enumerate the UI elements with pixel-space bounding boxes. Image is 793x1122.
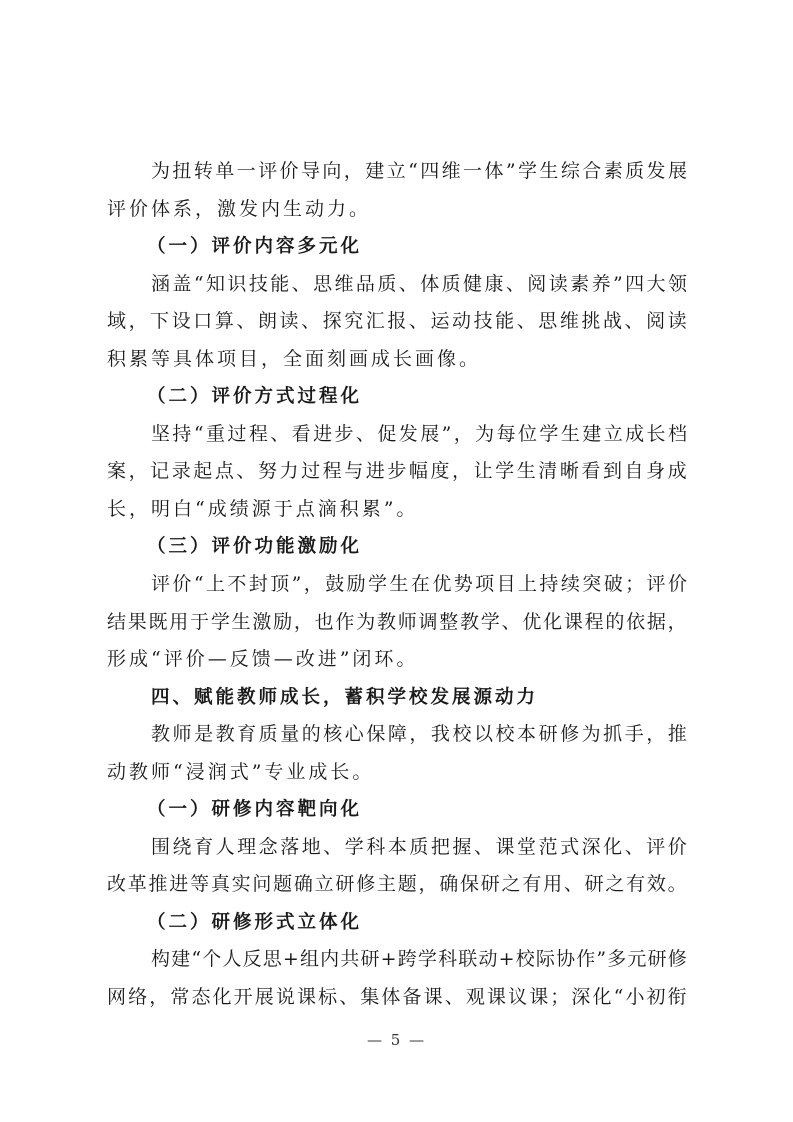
glyph: 导 bbox=[301, 153, 320, 191]
glyph: 落 bbox=[280, 829, 299, 867]
glyph: 构 bbox=[151, 941, 170, 979]
glyph: 议 bbox=[508, 979, 527, 1017]
glyph: 绕 bbox=[173, 829, 192, 867]
glyph: 看 bbox=[581, 453, 600, 491]
glyph: 立 bbox=[315, 866, 334, 904]
glyph: 、 bbox=[409, 303, 428, 341]
glyph: 问 bbox=[252, 866, 271, 904]
glyph: 化 bbox=[213, 979, 232, 1017]
glyph: 修 bbox=[668, 941, 687, 979]
glyph: 、 bbox=[323, 829, 342, 867]
glyph: 励 bbox=[347, 566, 366, 604]
glyph: 励 bbox=[273, 604, 292, 642]
glyph: 价 bbox=[172, 566, 191, 604]
glyph: ” bbox=[442, 416, 452, 454]
glyph: 展 bbox=[255, 979, 274, 1017]
paragraph-line: 评价体系，激发内生动力。 bbox=[107, 191, 687, 229]
glyph: 成 bbox=[668, 453, 687, 491]
glyph: 价 bbox=[668, 566, 687, 604]
glyph: 维 bbox=[560, 303, 579, 341]
glyph: ， bbox=[344, 153, 363, 191]
glyph: 围 bbox=[151, 829, 170, 867]
glyph: 教 bbox=[377, 604, 396, 642]
glyph: 观 bbox=[466, 979, 485, 1017]
glyph: 校 bbox=[452, 716, 471, 754]
glyph: 汇 bbox=[366, 303, 385, 341]
glyph: 质 bbox=[377, 266, 396, 304]
glyph: 大 bbox=[647, 266, 666, 304]
glyph: 程 bbox=[585, 604, 604, 642]
glyph: 起 bbox=[193, 453, 212, 491]
glyph: “ bbox=[614, 979, 624, 1017]
glyph: 、 bbox=[356, 416, 375, 454]
glyph: 、 bbox=[564, 866, 583, 904]
glyph: 价 bbox=[668, 829, 687, 867]
glyph: 动 bbox=[478, 941, 497, 979]
glyph: 研 bbox=[361, 941, 380, 979]
glyph: 展 bbox=[668, 153, 687, 191]
document-page: 为扭转单一评价导向，建立“四维一体”学生综合素质发展 评价体系，激发内生动力。 … bbox=[0, 0, 793, 1122]
glyph: 个 bbox=[202, 941, 221, 979]
glyph: 每 bbox=[497, 416, 516, 454]
glyph: 内 bbox=[320, 941, 339, 979]
glyph: 作 bbox=[335, 604, 354, 642]
glyph: 研 bbox=[481, 866, 500, 904]
glyph: 初 bbox=[647, 979, 666, 1017]
glyph: 抓 bbox=[603, 716, 622, 754]
glyph: 四 bbox=[625, 266, 644, 304]
glyph: 修 bbox=[560, 716, 579, 754]
glyph: 程 bbox=[249, 416, 268, 454]
glyph: 把 bbox=[431, 829, 450, 867]
glyph: 确 bbox=[439, 866, 458, 904]
glyph: 到 bbox=[603, 453, 622, 491]
paragraph-line: 构建“个人反思+组内共研+跨学科联动+校际协作”多元研修 bbox=[107, 941, 687, 979]
glyph: 鼓 bbox=[325, 566, 344, 604]
glyph: 展 bbox=[420, 416, 439, 454]
glyph: ” bbox=[292, 566, 302, 604]
glyph: 生 bbox=[539, 153, 558, 191]
glyph: 之 bbox=[605, 866, 624, 904]
glyph: 改 bbox=[107, 866, 126, 904]
glyph: 幅 bbox=[409, 453, 428, 491]
glyph: 案 bbox=[107, 453, 126, 491]
glyph: 、 bbox=[399, 266, 418, 304]
glyph: 、 bbox=[625, 829, 644, 867]
glyph: 、 bbox=[339, 979, 358, 1017]
glyph: 维 bbox=[442, 153, 461, 191]
glyph: 自 bbox=[625, 453, 644, 491]
glyph: 修 bbox=[356, 866, 375, 904]
glyph: 究 bbox=[344, 303, 363, 341]
glyph: 一 bbox=[463, 153, 482, 191]
glyph: + bbox=[381, 941, 397, 979]
glyph: 、 bbox=[474, 829, 493, 867]
glyph: 知 bbox=[206, 266, 225, 304]
glyph: 质 bbox=[442, 266, 461, 304]
glyph: 核 bbox=[323, 716, 342, 754]
subsection-heading: （二）研修形式立体化 bbox=[107, 904, 687, 942]
glyph: 集 bbox=[360, 979, 379, 1017]
paragraph-line: 结果既用于学生激励，也作为教师调整教学、优化课程的依据， bbox=[107, 604, 687, 642]
glyph: 用 bbox=[543, 866, 562, 904]
glyph: 效 bbox=[647, 866, 666, 904]
glyph: 优 bbox=[432, 566, 451, 604]
glyph: 反 bbox=[243, 941, 262, 979]
glyph: 量 bbox=[280, 716, 299, 754]
glyph: 为 bbox=[151, 153, 170, 191]
glyph: 立 bbox=[387, 153, 406, 191]
glyph: 品 bbox=[356, 266, 375, 304]
glyph: 科 bbox=[366, 829, 385, 867]
glyph: 本 bbox=[517, 716, 536, 754]
subsection-heading: （三）评价功能激励化 bbox=[107, 528, 687, 566]
glyph: ， bbox=[409, 716, 428, 754]
glyph: ， bbox=[454, 416, 473, 454]
glyph: 扭 bbox=[172, 153, 191, 191]
glyph: ， bbox=[294, 604, 313, 642]
glyph: 晰 bbox=[560, 453, 579, 491]
glyph: 进 bbox=[366, 453, 385, 491]
glyph: 、 bbox=[236, 453, 255, 491]
glyph: 开 bbox=[234, 979, 253, 1017]
document-body: 为扭转单一评价导向，建立“四维一体”学生综合素质发展 评价体系，激发内生动力。 … bbox=[107, 153, 687, 1017]
glyph: 组 bbox=[300, 941, 319, 979]
glyph: 研 bbox=[585, 866, 604, 904]
glyph: 师 bbox=[173, 716, 192, 754]
glyph: 、 bbox=[625, 303, 644, 341]
glyph: ， bbox=[418, 866, 437, 904]
glyph: 深 bbox=[582, 829, 601, 867]
glyph: 评 bbox=[647, 566, 666, 604]
glyph: 、 bbox=[236, 303, 255, 341]
glyph: 为 bbox=[356, 604, 375, 642]
glyph: ” bbox=[613, 266, 623, 304]
glyph: 际 bbox=[536, 941, 555, 979]
glyph: 思 bbox=[313, 266, 332, 304]
glyph: 师 bbox=[398, 604, 417, 642]
paragraph-line: 积累等具体项目，全面刻画成长画像。 bbox=[107, 341, 687, 379]
glyph: 体 bbox=[420, 266, 439, 304]
glyph: 阅 bbox=[646, 303, 665, 341]
glyph: ， bbox=[129, 303, 148, 341]
glyph: 录 bbox=[172, 453, 191, 491]
glyph: 研 bbox=[539, 716, 558, 754]
glyph: 优 bbox=[522, 604, 541, 642]
glyph: 档 bbox=[668, 416, 687, 454]
glyph: 、 bbox=[506, 266, 525, 304]
glyph: 康 bbox=[484, 266, 503, 304]
glyph: 四 bbox=[420, 153, 439, 191]
paragraph-line: 域，下设口算、朗读、探究汇报、运动技能、思维挑战、阅读 bbox=[107, 303, 687, 341]
glyph: 是 bbox=[194, 716, 213, 754]
glyph: 激 bbox=[252, 604, 271, 642]
glyph: 合 bbox=[582, 153, 601, 191]
glyph: 努 bbox=[258, 453, 277, 491]
glyph: 的 bbox=[302, 716, 321, 754]
glyph: 突 bbox=[582, 566, 601, 604]
glyph: 多 bbox=[607, 941, 626, 979]
glyph: 识 bbox=[227, 266, 246, 304]
glyph: 运 bbox=[430, 303, 449, 341]
glyph: 学 bbox=[211, 604, 230, 642]
glyph: 综 bbox=[561, 153, 580, 191]
glyph: 课 bbox=[487, 979, 506, 1017]
glyph: 评 bbox=[646, 829, 665, 867]
glyph: 过 bbox=[301, 453, 320, 491]
glyph: 持 bbox=[539, 566, 558, 604]
glyph: 设 bbox=[172, 303, 191, 341]
glyph: 握 bbox=[452, 829, 471, 867]
glyph: 算 bbox=[215, 303, 234, 341]
glyph: 化 bbox=[603, 829, 622, 867]
glyph: “ bbox=[194, 416, 204, 454]
glyph: 整 bbox=[439, 604, 458, 642]
glyph: 盖 bbox=[172, 266, 191, 304]
glyph: 等 bbox=[190, 866, 209, 904]
glyph: 、 bbox=[517, 303, 536, 341]
glyph: 主 bbox=[377, 866, 396, 904]
glyph: 技 bbox=[249, 266, 268, 304]
glyph: “ bbox=[408, 153, 418, 191]
glyph: 、 bbox=[445, 979, 464, 1017]
glyph: 标 bbox=[318, 979, 337, 1017]
glyph: 教 bbox=[151, 716, 170, 754]
glyph: 果 bbox=[128, 604, 147, 642]
glyph: ， bbox=[304, 566, 323, 604]
glyph: 步 bbox=[335, 416, 354, 454]
glyph: 素 bbox=[570, 266, 589, 304]
glyph: 顶 bbox=[270, 566, 289, 604]
glyph: 小 bbox=[625, 979, 644, 1017]
glyph: 真 bbox=[211, 866, 230, 904]
glyph: 于 bbox=[190, 604, 209, 642]
glyph: 人 bbox=[222, 941, 241, 979]
glyph: 跨 bbox=[398, 941, 417, 979]
glyph: 科 bbox=[438, 941, 457, 979]
glyph: 范 bbox=[539, 829, 558, 867]
glyph: 态 bbox=[191, 979, 210, 1017]
glyph: 域 bbox=[107, 303, 126, 341]
glyph: 建 bbox=[171, 941, 190, 979]
glyph: 研 bbox=[648, 941, 667, 979]
glyph: 我 bbox=[431, 716, 450, 754]
glyph: ， bbox=[149, 979, 168, 1017]
glyph: 续 bbox=[561, 566, 580, 604]
glyph: 有 bbox=[522, 866, 541, 904]
glyph: 学 bbox=[345, 829, 364, 867]
glyph: 思 bbox=[538, 303, 557, 341]
glyph: 化 bbox=[543, 604, 562, 642]
glyph: 维 bbox=[335, 266, 354, 304]
paragraph-line: 长，明白“成绩源于点滴积累”。 bbox=[107, 491, 687, 529]
glyph: 心 bbox=[345, 716, 364, 754]
paragraph-line: 为扭转单一评价导向，建立“四维一体”学生综合素质发展 bbox=[107, 153, 687, 191]
glyph: 点 bbox=[215, 453, 234, 491]
subsection-heading: （二）评价方式过程化 bbox=[107, 378, 687, 416]
glyph: 也 bbox=[315, 604, 334, 642]
glyph: 学 bbox=[518, 153, 537, 191]
glyph: 探 bbox=[323, 303, 342, 341]
glyph: 革 bbox=[128, 866, 147, 904]
glyph: 挑 bbox=[581, 303, 600, 341]
glyph: 读 bbox=[549, 266, 568, 304]
glyph: 络 bbox=[128, 979, 147, 1017]
glyph: ； bbox=[550, 979, 569, 1017]
glyph: 立 bbox=[604, 416, 623, 454]
glyph: 据 bbox=[647, 604, 666, 642]
glyph: 体 bbox=[484, 153, 503, 191]
glyph: 封 bbox=[249, 566, 268, 604]
glyph: 建 bbox=[365, 153, 384, 191]
glyph: 学 bbox=[418, 941, 437, 979]
glyph: 堂 bbox=[517, 829, 536, 867]
glyph: 、 bbox=[270, 416, 289, 454]
glyph: 让 bbox=[474, 453, 493, 491]
glyph: 的 bbox=[605, 604, 624, 642]
paragraph-line: 评价“上不封顶”，鼓励学生在优势项目上持续突破；评价 bbox=[107, 566, 687, 604]
glyph: 素 bbox=[604, 153, 623, 191]
glyph: 养 bbox=[592, 266, 611, 304]
glyph: 既 bbox=[149, 604, 168, 642]
glyph: 程 bbox=[323, 453, 342, 491]
glyph: 。 bbox=[668, 866, 687, 904]
glyph: 能 bbox=[270, 266, 289, 304]
section-heading: 四、赋能教师成长，蓄积学校发展源动力 bbox=[107, 679, 687, 717]
glyph: 课 bbox=[424, 979, 443, 1017]
glyph: 促 bbox=[377, 416, 396, 454]
glyph: 深 bbox=[571, 979, 590, 1017]
glyph: 战 bbox=[603, 303, 622, 341]
glyph: 步 bbox=[387, 453, 406, 491]
paragraph-line: 围绕育人理念落地、学科本质把握、课堂范式深化、评价 bbox=[107, 829, 687, 867]
glyph: 项 bbox=[475, 566, 494, 604]
glyph: 育 bbox=[194, 829, 213, 867]
glyph: 读 bbox=[280, 303, 299, 341]
glyph: 领 bbox=[668, 266, 687, 304]
glyph: 持 bbox=[172, 416, 191, 454]
glyph: 与 bbox=[344, 453, 363, 491]
glyph: 思 bbox=[263, 941, 282, 979]
glyph: 备 bbox=[403, 979, 422, 1017]
glyph: 人 bbox=[216, 829, 235, 867]
glyph: 身 bbox=[646, 453, 665, 491]
glyph: + bbox=[499, 941, 515, 979]
glyph: 育 bbox=[237, 716, 256, 754]
glyph: 保 bbox=[460, 866, 479, 904]
glyph: 有 bbox=[626, 866, 645, 904]
glyph: ； bbox=[625, 566, 644, 604]
glyph: 发 bbox=[399, 416, 418, 454]
subsection-heading: （一）研修内容靶向化 bbox=[107, 791, 687, 829]
glyph: 结 bbox=[107, 604, 126, 642]
glyph: 学 bbox=[368, 566, 387, 604]
glyph: “ bbox=[194, 566, 204, 604]
glyph: 涵 bbox=[151, 266, 170, 304]
paragraph-line: 动教师“浸润式”专业成长。 bbox=[107, 754, 687, 792]
glyph: 学 bbox=[481, 604, 500, 642]
paragraph-line: 网络，常态化开展说课标、集体备课、观课议课；深化“小初衔 bbox=[107, 979, 687, 1017]
glyph: 常 bbox=[170, 979, 189, 1017]
glyph: 长 bbox=[647, 416, 666, 454]
glyph: 本 bbox=[388, 829, 407, 867]
glyph: 读 bbox=[668, 303, 687, 341]
glyph: 手 bbox=[625, 716, 644, 754]
glyph: 阅 bbox=[527, 266, 546, 304]
glyph: 建 bbox=[582, 416, 601, 454]
glyph: 学 bbox=[539, 416, 558, 454]
glyph: 质 bbox=[625, 153, 644, 191]
glyph: 口 bbox=[193, 303, 212, 341]
glyph: 价 bbox=[280, 153, 299, 191]
glyph: 研 bbox=[335, 866, 354, 904]
glyph: 坚 bbox=[151, 416, 170, 454]
glyph: 在 bbox=[411, 566, 430, 604]
glyph: 网 bbox=[107, 979, 126, 1017]
glyph: 、 bbox=[301, 303, 320, 341]
glyph: 一 bbox=[237, 153, 256, 191]
glyph: 理 bbox=[237, 829, 256, 867]
glyph: 破 bbox=[604, 566, 623, 604]
glyph: 、 bbox=[502, 604, 521, 642]
glyph: 朗 bbox=[258, 303, 277, 341]
glyph: 转 bbox=[194, 153, 213, 191]
glyph: 目 bbox=[497, 566, 516, 604]
glyph: 共 bbox=[340, 941, 359, 979]
glyph: “ bbox=[194, 266, 204, 304]
glyph: 度 bbox=[430, 453, 449, 491]
glyph: 上 bbox=[206, 566, 225, 604]
glyph: 推 bbox=[668, 716, 687, 754]
glyph: 课 bbox=[297, 979, 316, 1017]
glyph: 质 bbox=[259, 716, 278, 754]
glyph: 为 bbox=[475, 416, 494, 454]
glyph: 看 bbox=[292, 416, 311, 454]
glyph: 地 bbox=[302, 829, 321, 867]
glyph: 下 bbox=[150, 303, 169, 341]
glyph: 联 bbox=[458, 941, 477, 979]
glyph: 动 bbox=[452, 303, 471, 341]
glyph: ， bbox=[668, 604, 687, 642]
paragraph-line: 形成“评价—反馈—改进”闭环。 bbox=[107, 641, 687, 679]
glyph: ” bbox=[596, 941, 606, 979]
glyph: 推 bbox=[149, 866, 168, 904]
glyph: ， bbox=[452, 453, 471, 491]
glyph: 成 bbox=[625, 416, 644, 454]
glyph: 课 bbox=[564, 604, 583, 642]
glyph: 衔 bbox=[668, 979, 687, 1017]
glyph: ” bbox=[506, 153, 516, 191]
glyph: 校 bbox=[516, 941, 535, 979]
paragraph-line: 案，记录起点、努力过程与进步幅度，让学生清晰看到自身成 bbox=[107, 453, 687, 491]
glyph: 报 bbox=[387, 303, 406, 341]
paragraph-line: 教师是教育质量的核心保障，我校以校本研修为抓手，推 bbox=[107, 716, 687, 754]
glyph: “ bbox=[191, 941, 201, 979]
glyph: 教 bbox=[216, 716, 235, 754]
glyph: 评 bbox=[258, 153, 277, 191]
glyph: 生 bbox=[517, 453, 536, 491]
glyph: 实 bbox=[232, 866, 251, 904]
glyph: 以 bbox=[474, 716, 493, 754]
glyph: 发 bbox=[647, 153, 666, 191]
glyph: 力 bbox=[280, 453, 299, 491]
glyph: 说 bbox=[276, 979, 295, 1017]
glyph: 教 bbox=[460, 604, 479, 642]
glyph: 不 bbox=[227, 566, 246, 604]
paragraph-line: 涵盖“知识技能、思维品质、体质健康、阅读素养”四大领 bbox=[107, 266, 687, 304]
glyph: 校 bbox=[496, 716, 515, 754]
glyph: + bbox=[283, 941, 299, 979]
